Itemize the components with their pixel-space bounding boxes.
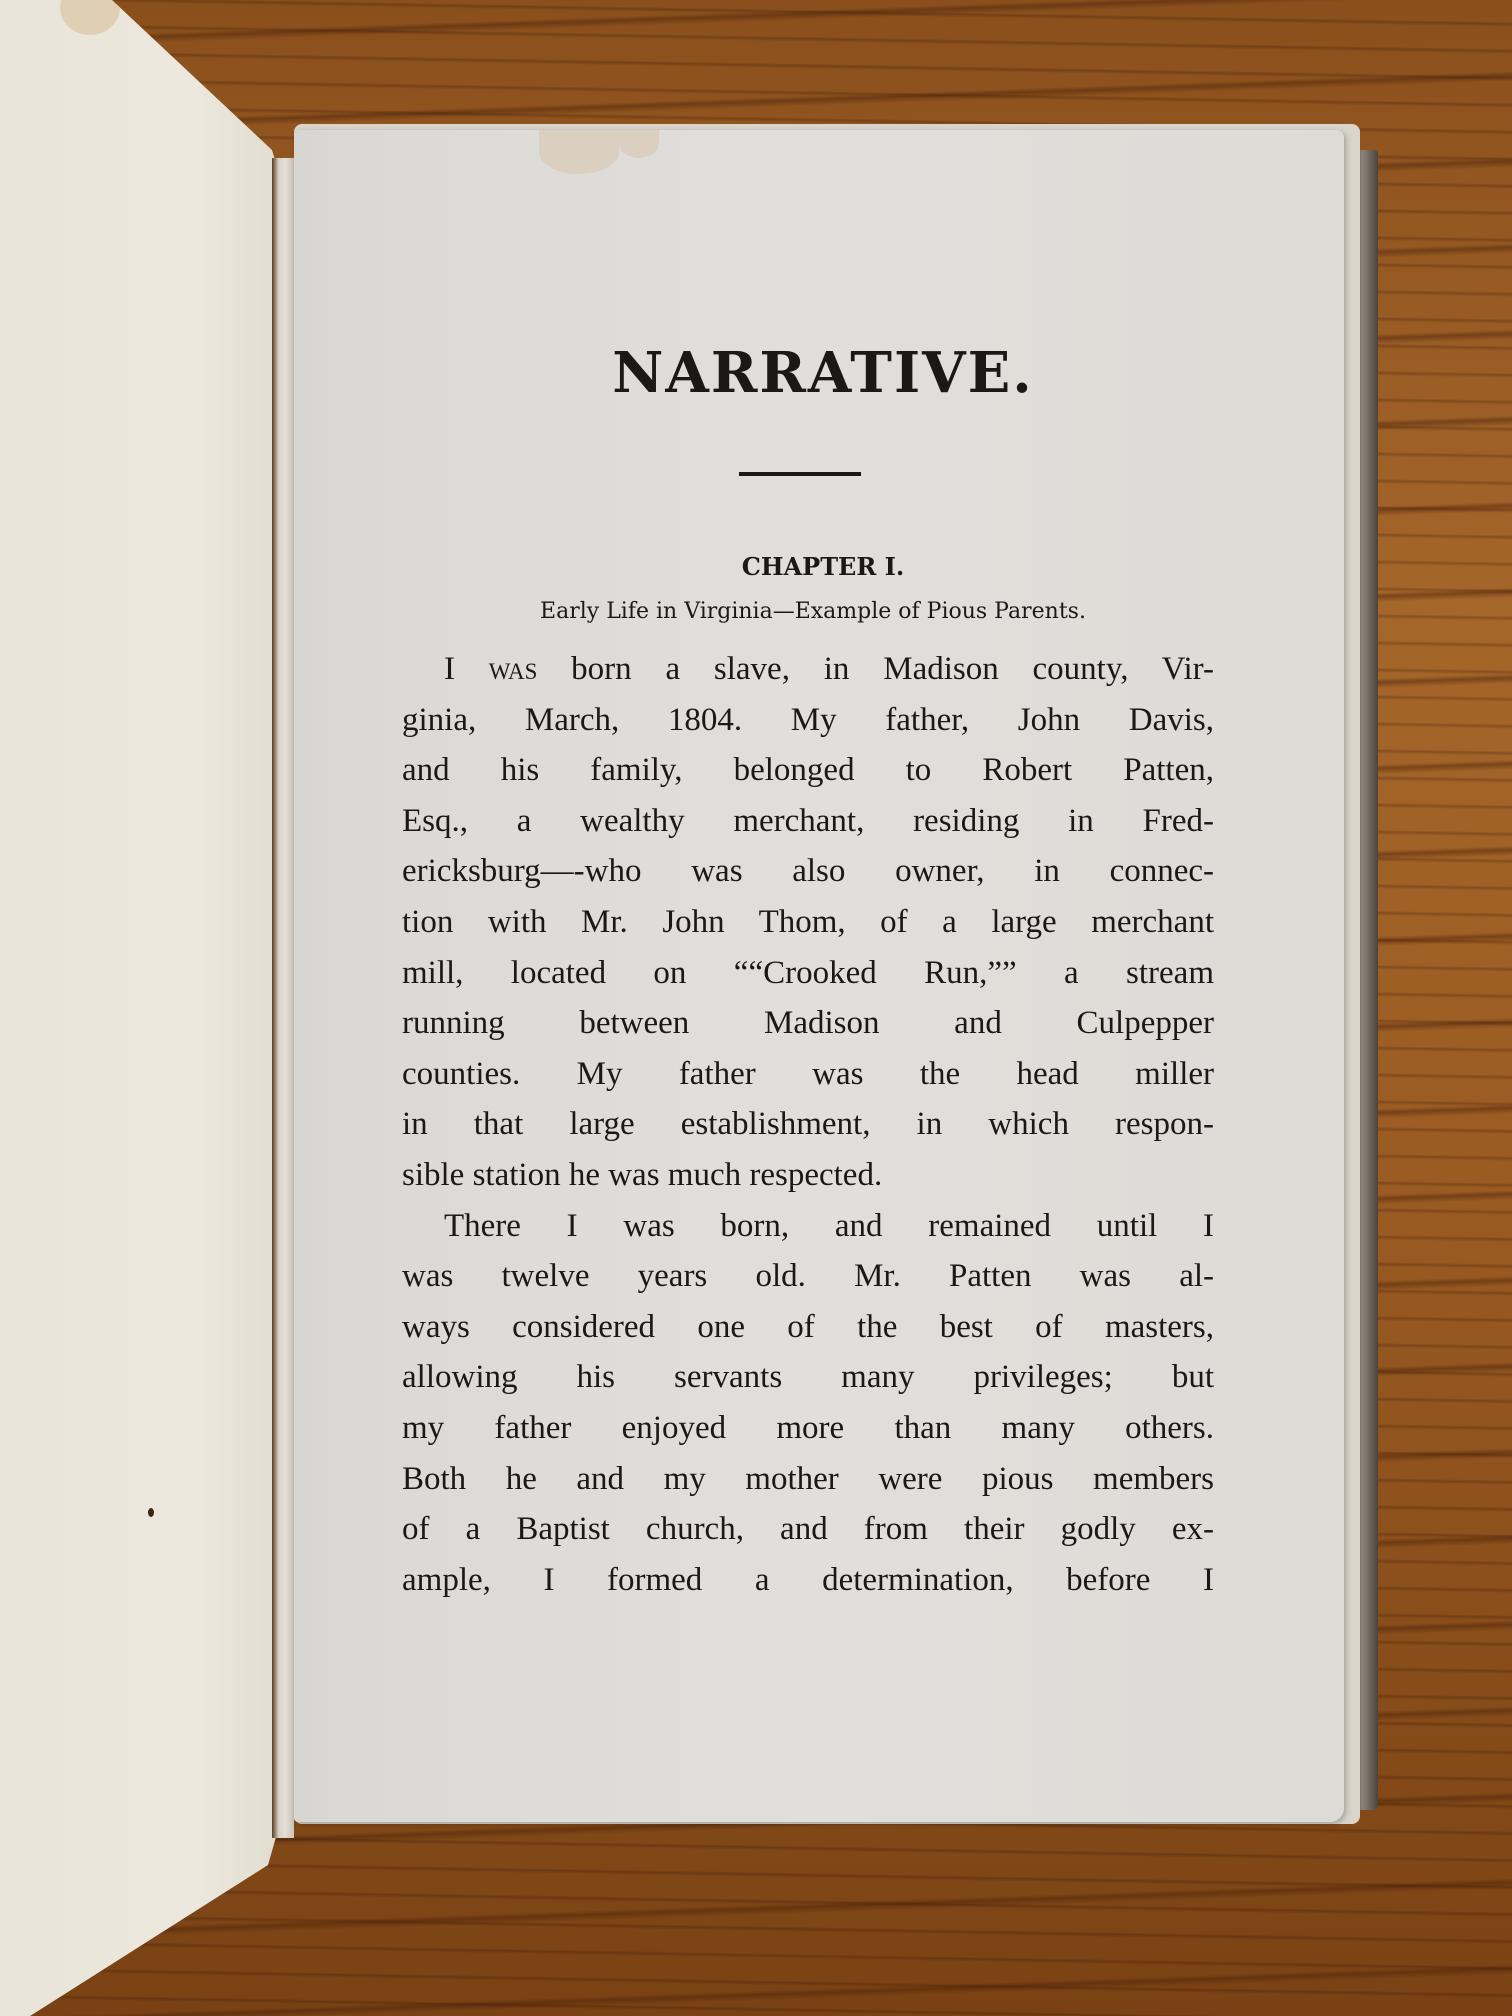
text-line: There I was born, and remained until I: [402, 1201, 1214, 1252]
stain-mark: [60, 0, 120, 35]
page-content: NARRATIVE. CHAPTER I. Early Life in Virg…: [402, 340, 1214, 1605]
text-line: counties. My father was the head miller: [402, 1049, 1214, 1100]
paragraph: I was born a slave, in Madison county, V…: [402, 644, 1214, 1201]
text-line: tion with Mr. John Thom, of a large merc…: [402, 897, 1214, 948]
text-line: ginia, March, 1804. My father, John Davi…: [402, 695, 1214, 746]
text-line: ample, I formed a determination, before …: [402, 1555, 1214, 1606]
page-title: NARRATIVE.: [432, 340, 1214, 406]
ink-speck: [148, 1508, 154, 1517]
text-line: sible station he was much respected.: [402, 1150, 1214, 1201]
text-line: ways considered one of the best of maste…: [402, 1302, 1214, 1353]
stain-mark: [619, 130, 659, 158]
text-line: mill, located on ““Crooked Run,”” a stre…: [402, 948, 1214, 999]
text-line: and his family, belonged to Robert Patte…: [402, 745, 1214, 796]
right-page: NARRATIVE. CHAPTER I. Early Life in Virg…: [294, 130, 1344, 1822]
paragraph: There I was born, and remained until I w…: [402, 1201, 1214, 1606]
chapter-heading: CHAPTER I.: [432, 552, 1214, 581]
text-line: I was born a slave, in Madison county, V…: [402, 644, 1214, 695]
text-line: ericksburg—-who was also owner, in conne…: [402, 846, 1214, 897]
left-page: [0, 0, 278, 2016]
chapter-subtitle: Early Life in Virginia—Example of Pious …: [412, 599, 1214, 624]
title-rule: [739, 472, 861, 476]
text-line: my father enjoyed more than many others.: [402, 1403, 1214, 1454]
text-line: Both he and my mother were pious members: [402, 1454, 1214, 1505]
text-line: running between Madison and Culpepper: [402, 998, 1214, 1049]
text-line: of a Baptist church, and from their godl…: [402, 1504, 1214, 1555]
text-line: Esq., a wealthy merchant, residing in Fr…: [402, 796, 1214, 847]
text-line: allowing his servants many privileges; b…: [402, 1352, 1214, 1403]
body-text: I was born a slave, in Madison county, V…: [402, 644, 1214, 1605]
stain-mark: [539, 130, 619, 174]
text-line: in that large establishment, in which re…: [402, 1099, 1214, 1150]
text-line: was twelve years old. Mr. Patten was al-: [402, 1251, 1214, 1302]
book-gutter: [272, 158, 294, 1838]
